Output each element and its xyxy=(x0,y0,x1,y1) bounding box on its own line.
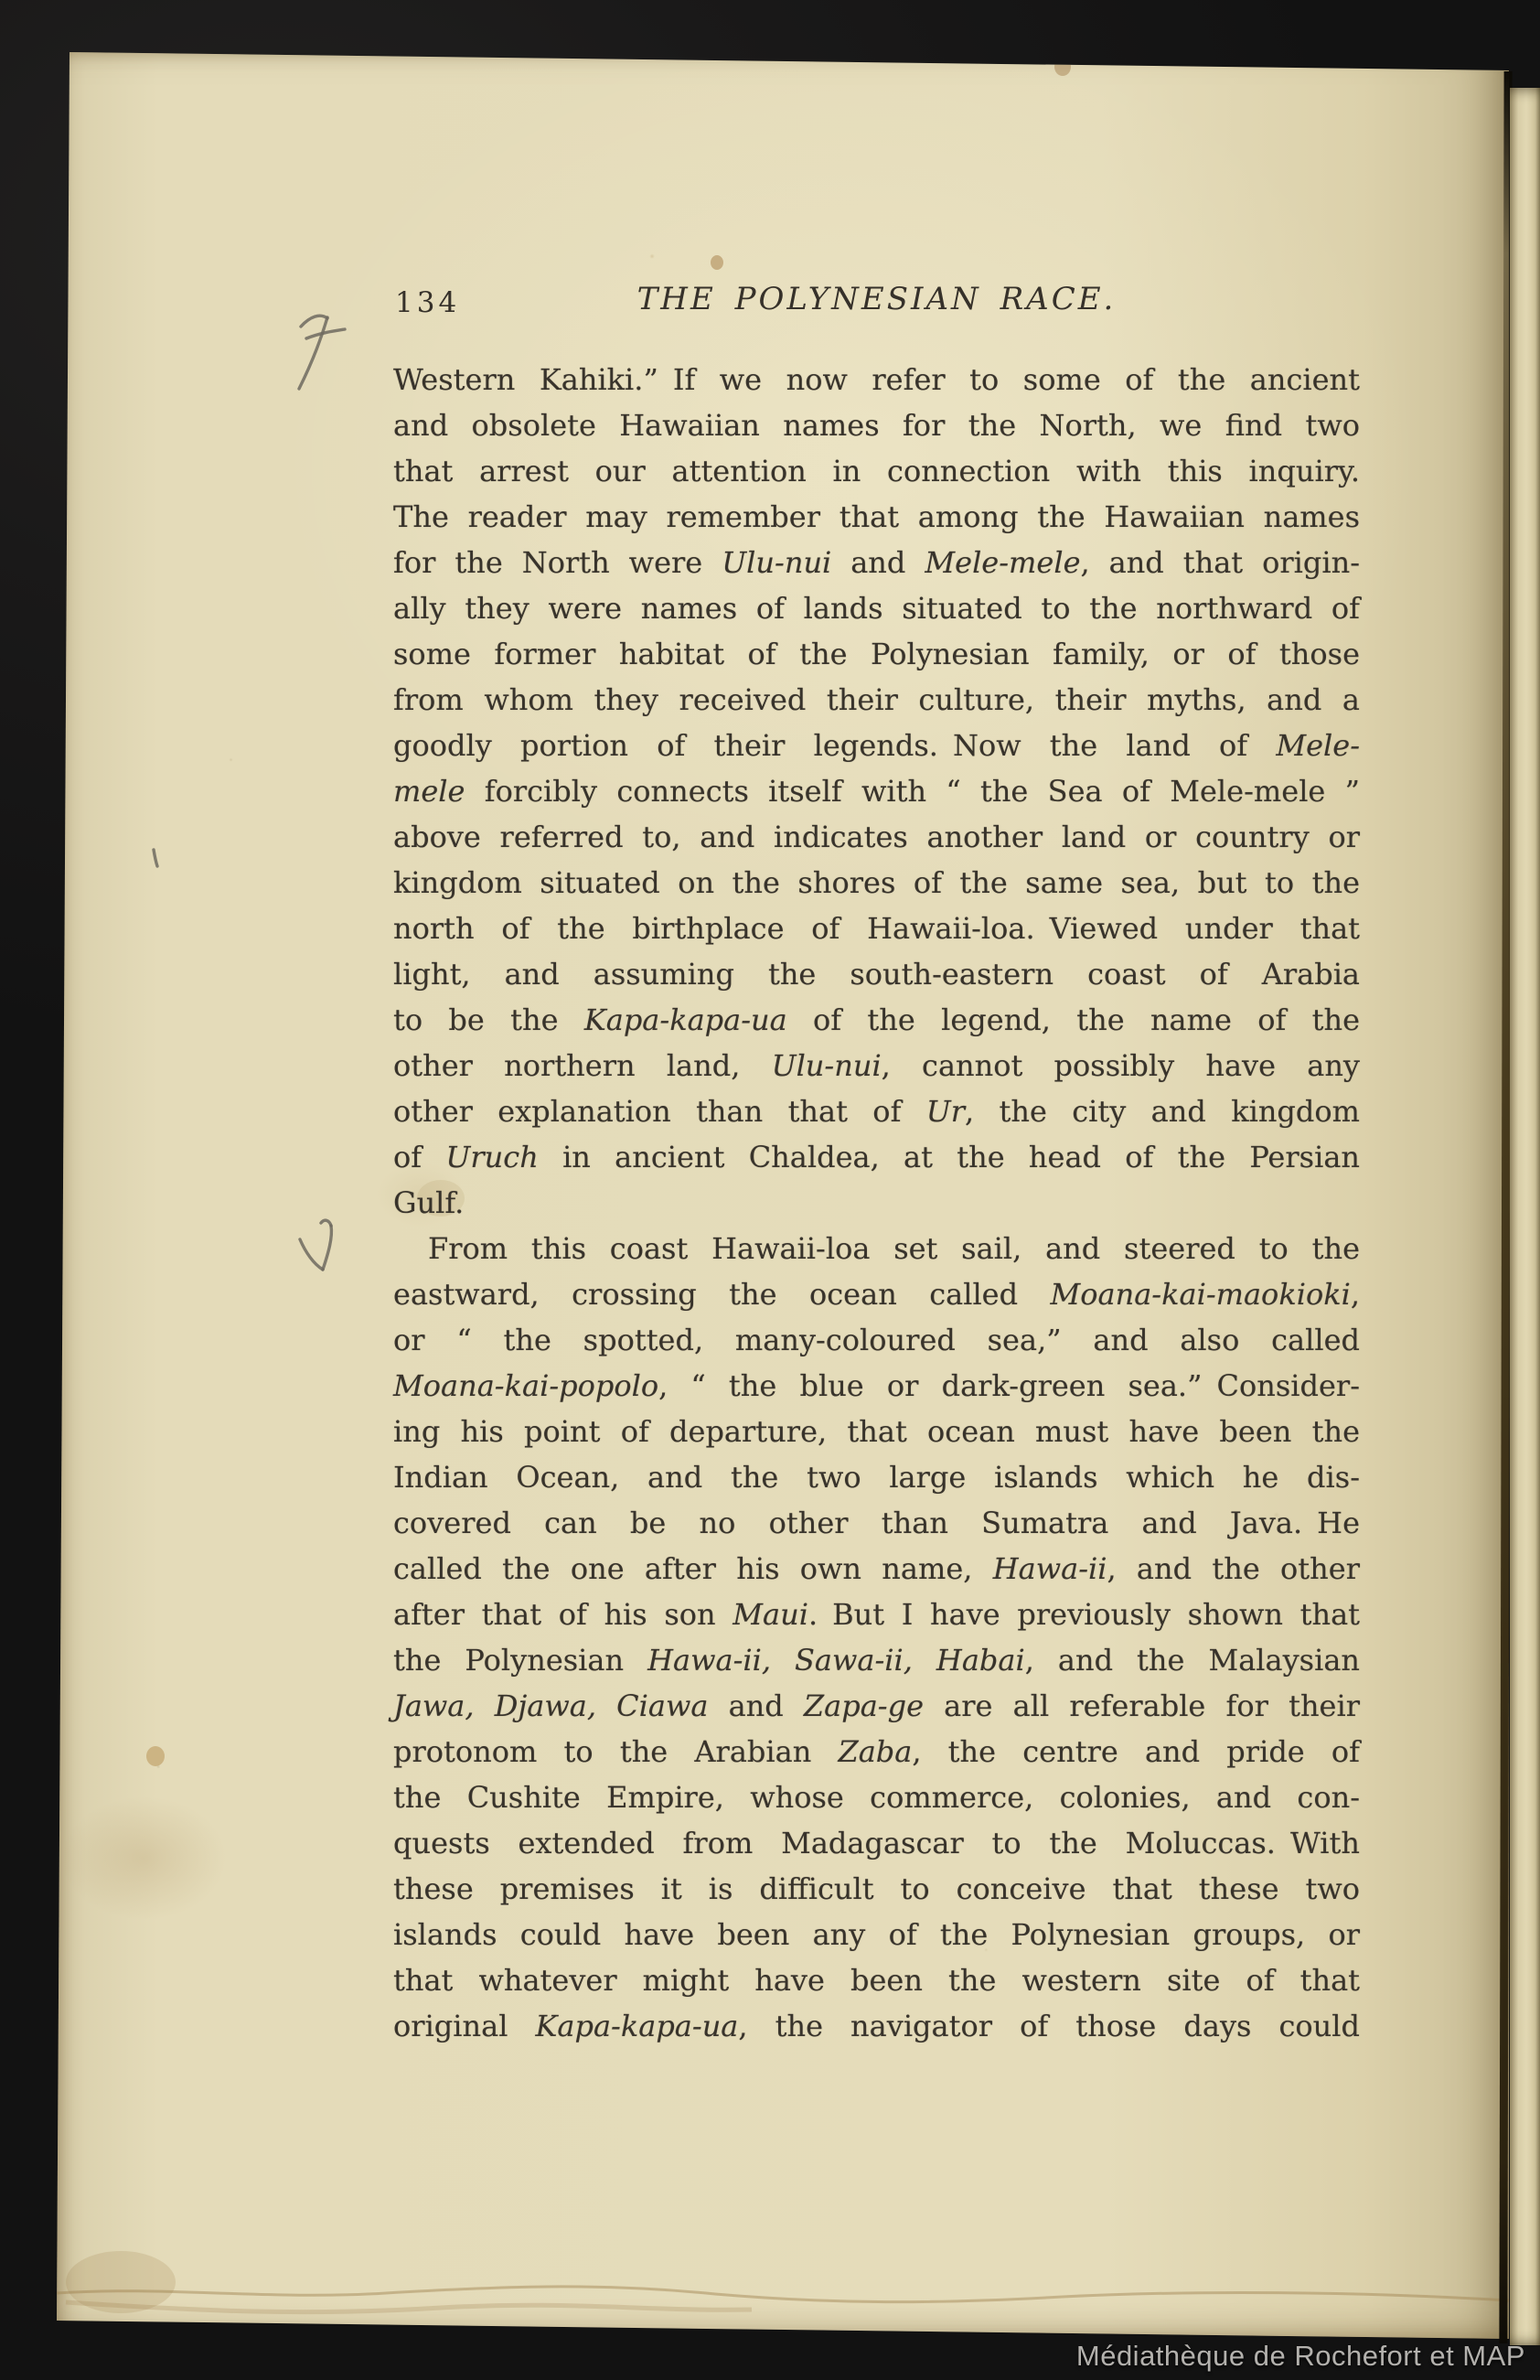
text-line: mele forcibly connects itself with “ the… xyxy=(393,768,1360,814)
paragraph: From this coast Hawaii-loa set sail, and… xyxy=(393,1226,1360,2049)
running-title: THE POLYNESIAN RACE. xyxy=(393,281,1360,317)
text-line: eastward, crossing the ocean called Moan… xyxy=(393,1271,1360,1317)
pencil-check-mark-icon xyxy=(293,1215,349,1286)
text-line: for the North were Ulu-nui and Mele-mele… xyxy=(393,540,1360,585)
text-line: some former habitat of the Polynesian fa… xyxy=(393,631,1360,677)
text-line: original Kapa-kapa-ua, the navigator of … xyxy=(393,2003,1360,2049)
scan-background: 134 THE POLYNESIAN RACE. Western Kahiki.… xyxy=(0,0,1540,2380)
text-line: of Uruch in ancient Chaldea, at the head… xyxy=(393,1134,1360,1180)
text-line: islands could have been any of the Polyn… xyxy=(393,1912,1360,1957)
book-page: 134 THE POLYNESIAN RACE. Western Kahiki.… xyxy=(57,50,1509,2339)
text-line: quests extended from Madagascar to the M… xyxy=(393,1820,1360,1866)
text-line: other northern land, Ulu-nui, cannot pos… xyxy=(393,1043,1360,1088)
text-line: and obsolete Hawaiian names for the Nort… xyxy=(393,402,1360,448)
text-line: ally they were names of lands situated t… xyxy=(393,585,1360,631)
text-line: from whom they received their culture, t… xyxy=(393,677,1360,723)
text-line: north of the birthplace of Hawaii-loa. V… xyxy=(393,906,1360,951)
text-line: the Polynesian Hawa-ii, Sawa-ii, Habai, … xyxy=(393,1637,1360,1683)
text-line: covered can be no other than Sumatra and… xyxy=(393,1500,1360,1546)
text-block: Western Kahiki.” If we now refer to some… xyxy=(393,357,1360,2049)
paragraph: Western Kahiki.” If we now refer to some… xyxy=(393,357,1360,1226)
page-header: 134 THE POLYNESIAN RACE. xyxy=(393,281,1360,323)
pencil-tick-icon xyxy=(150,848,161,868)
text-line: that whatever might have been the wester… xyxy=(393,1957,1360,2003)
next-page-edge xyxy=(1510,88,1540,2345)
text-line: Western Kahiki.” If we now refer to some… xyxy=(393,357,1360,402)
text-line: ing his point of departure, that ocean m… xyxy=(393,1409,1360,1454)
text-line: light, and assuming the south-eastern co… xyxy=(393,951,1360,997)
text-line: after that of his son Maui. But I have p… xyxy=(393,1592,1360,1637)
text-line: Jawa, Djawa, Ciawa and Zapa-ge are all r… xyxy=(393,1683,1360,1729)
text-line: protonom to the Arabian Zaba, the centre… xyxy=(393,1729,1360,1774)
text-line: these premises it is difficult to concei… xyxy=(393,1866,1360,1912)
text-line: called the one after his own name, Hawa-… xyxy=(393,1546,1360,1592)
text-line: the Cushite Empire, whose commerce, colo… xyxy=(393,1774,1360,1820)
pencil-cross-mark-icon xyxy=(290,303,356,398)
text-line: Indian Ocean, and the two large islands … xyxy=(393,1454,1360,1500)
text-line: Moana-kai-popolo, “ the blue or dark-gre… xyxy=(393,1363,1360,1409)
text-line: to be the Kapa-kapa-ua of the legend, th… xyxy=(393,997,1360,1043)
text-line: goodly portion of their legends. Now the… xyxy=(393,723,1360,768)
text-line: above referred to, and indicates another… xyxy=(393,814,1360,860)
text-line: kingdom situated on the shores of the sa… xyxy=(393,860,1360,906)
text-line: other explanation than that of Ur, the c… xyxy=(393,1088,1360,1134)
text-line: Gulf. xyxy=(393,1180,1360,1226)
text-line: or “ the spotted, many-coloured sea,” an… xyxy=(393,1317,1360,1363)
text-line: The reader may remember that among the H… xyxy=(393,494,1360,540)
watermark-label: Médiathèque de Rochefort et MAP xyxy=(1076,2340,1525,2373)
text-line: that arrest our attention in connection … xyxy=(393,448,1360,494)
text-line: From this coast Hawaii-loa set sail, and… xyxy=(393,1226,1360,1271)
